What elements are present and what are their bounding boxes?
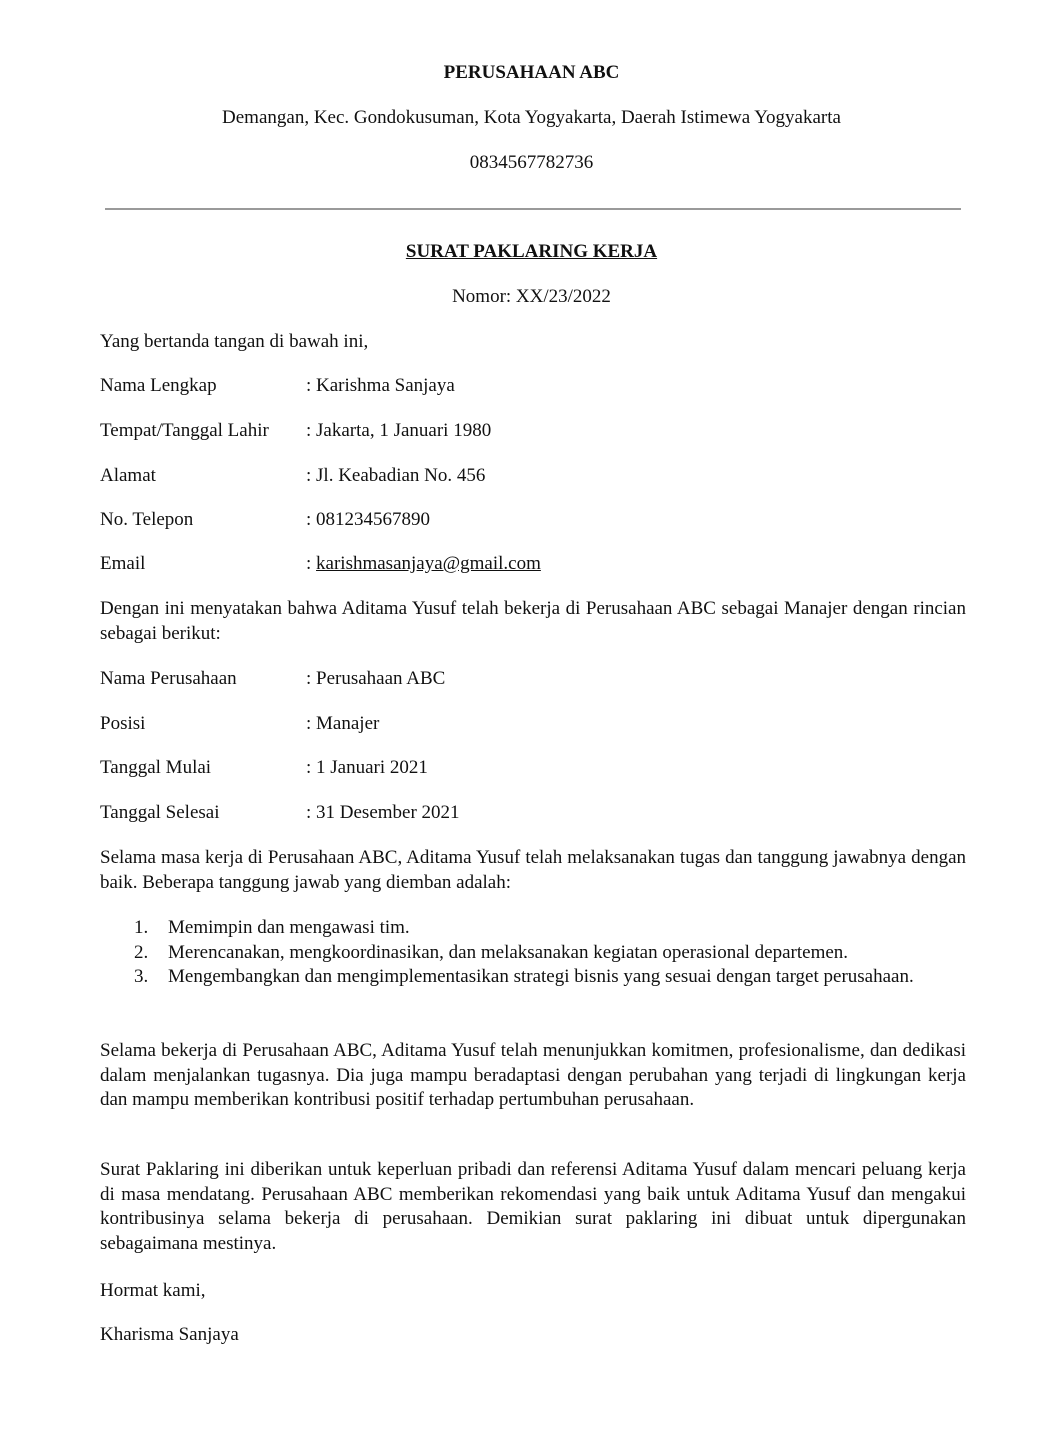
field-value: : Perusahaan ABC [306, 668, 445, 690]
opening-line: Yang bertanda tangan di bawah ini, [100, 331, 368, 353]
responsibilities-list: 1. Memimpin dan mengawasi tim. 2. Merenc… [100, 916, 966, 990]
sign-off-salutation: Hormat kami, [100, 1280, 206, 1302]
list-text: Mengembangkan dan mengimplementasikan st… [168, 966, 914, 987]
field-value: : karishmasanjaya@gmail.com [306, 553, 541, 575]
responsibilities-intro: Selama masa kerja di Perusahaan ABC, Adi… [100, 846, 966, 895]
signatory-name: Kharisma Sanjaya [100, 1324, 239, 1346]
field-value: : Jl. Keabadian No. 456 [306, 465, 485, 487]
field-label: Nama Perusahaan [100, 668, 237, 690]
field-label: Nama Lengkap [100, 375, 217, 397]
letter-title: SURAT PAKLARING KERJA [0, 241, 1063, 263]
list-item: 2. Merencanakan, mengkoordinasikan, dan … [100, 941, 928, 966]
company-name: PERUSAHAAN ABC [0, 62, 1063, 84]
email-link[interactable]: karishmasanjaya@gmail.com [316, 553, 541, 574]
field-label: Alamat [100, 465, 156, 487]
list-number: 1. [134, 916, 148, 941]
list-item: 1. Memimpin dan mengawasi tim. [100, 916, 928, 941]
closing-paragraph: Surat Paklaring ini diberikan untuk kepe… [100, 1158, 966, 1256]
list-text: Memimpin dan mengawasi tim. [168, 917, 410, 938]
list-text: Merencanakan, mengkoordinasikan, dan mel… [168, 942, 848, 963]
field-value: : Jakarta, 1 Januari 1980 [306, 420, 491, 442]
field-label: Tanggal Selesai [100, 802, 220, 824]
letter-number: Nomor: XX/23/2022 [0, 286, 1063, 308]
field-label: Posisi [100, 713, 145, 735]
list-number: 3. [134, 965, 148, 990]
field-value: : 1 Januari 2021 [306, 757, 428, 779]
company-address: Demangan, Kec. Gondokusuman, Kota Yogyak… [0, 107, 1063, 129]
list-item: 3. Mengembangkan dan mengimplementasikan… [100, 965, 928, 990]
performance-paragraph: Selama bekerja di Perusahaan ABC, Aditam… [100, 1039, 966, 1113]
field-label: Tanggal Mulai [100, 757, 211, 779]
field-label: Email [100, 553, 145, 575]
field-value: : Manajer [306, 713, 379, 735]
list-number: 2. [134, 941, 148, 966]
field-value: : 081234567890 [306, 509, 430, 531]
field-value: : 31 Desember 2021 [306, 802, 460, 824]
company-phone: 0834567782736 [0, 152, 1063, 174]
letterhead-divider [105, 208, 961, 210]
field-label: Tempat/Tanggal Lahir [100, 420, 269, 442]
letter-page: PERUSAHAAN ABC Demangan, Kec. Gondokusum… [0, 0, 1063, 1456]
field-value: : Karishma Sanjaya [306, 375, 455, 397]
email-prefix: : [306, 553, 316, 574]
field-label: No. Telepon [100, 509, 193, 531]
statement-paragraph: Dengan ini menyatakan bahwa Aditama Yusu… [100, 597, 966, 646]
